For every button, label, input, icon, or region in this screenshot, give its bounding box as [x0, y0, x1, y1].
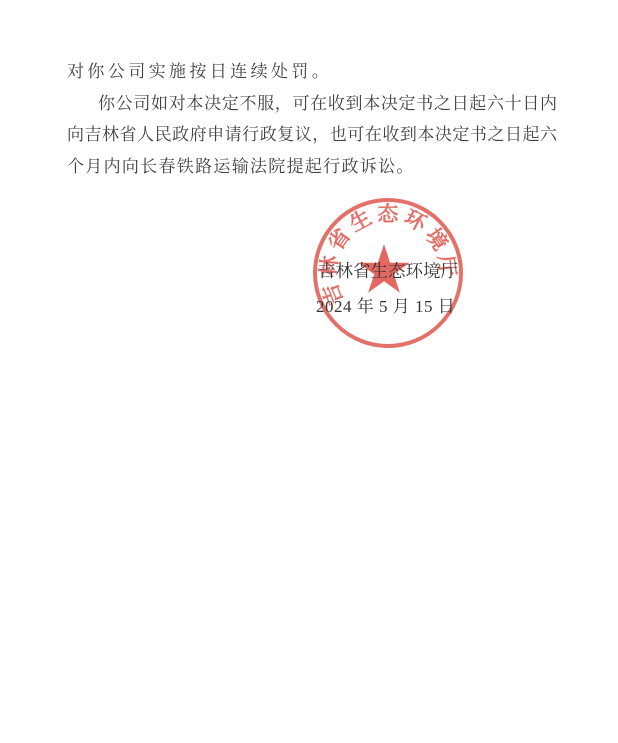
body-line: 对你公司实施按日连续处罚。	[67, 56, 557, 88]
signature-date: 2024 年 5 月 15 日	[316, 292, 455, 317]
body-text-block: 对你公司实施按日连续处罚。 你公司如对本决定不服，可在收到本决定书之日起六十日内…	[67, 56, 557, 182]
document-page: 对你公司实施按日连续处罚。 你公司如对本决定不服，可在收到本决定书之日起六十日内…	[0, 0, 618, 743]
body-line: 向吉林省人民政府申请行政复议，也可在收到本决定书之日起六	[67, 119, 557, 151]
body-line: 你公司如对本决定不服，可在收到本决定书之日起六十日内	[67, 88, 557, 120]
body-line: 个月内向长春铁路运输法院提起行政诉讼。	[67, 151, 557, 183]
seal-arc-character: 态	[377, 202, 399, 226]
signature-agency: 吉林省生态环境厅	[318, 258, 458, 283]
